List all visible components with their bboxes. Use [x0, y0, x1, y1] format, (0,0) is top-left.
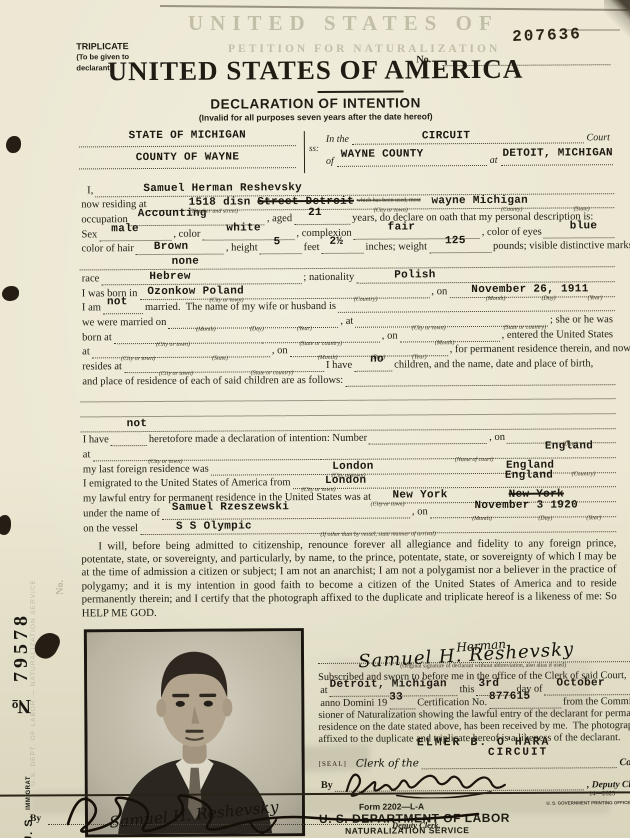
dotted-fill: 33 — [389, 695, 415, 709]
sublabel: (City or town) — [121, 356, 155, 362]
sublabel: (City or town) — [159, 371, 193, 377]
in-the-label: In the — [323, 134, 352, 145]
printed-text: ; nationality — [301, 272, 356, 284]
document-number: 207636 — [512, 25, 582, 46]
dotted-fill: blue — [544, 224, 615, 238]
ink-blot — [2, 286, 19, 301]
sublabel: (Month) — [486, 295, 506, 301]
form-line: we were married on (Month) (Day) (Year) … — [80, 311, 615, 329]
anno-domini-line: anno Domini 19 33 Certification No. 8776… — [318, 695, 630, 710]
field-height-ft: 5 — [274, 237, 281, 249]
sublabel: (Name of court) — [455, 457, 493, 463]
sublabel: (Month) — [435, 340, 455, 346]
field-nationality: Polish — [394, 269, 435, 281]
dotted-fill: WAYNE COUNTY — [337, 152, 487, 167]
ss-label: ss: — [309, 143, 319, 153]
sublabel: (City or town) — [332, 472, 366, 478]
printed-text: on the vessel — [81, 523, 140, 535]
dotted-fill: CIRCUIT — [352, 129, 584, 144]
field-eyes: blue — [570, 220, 598, 232]
printed-text: , complexion — [294, 228, 353, 240]
dotted-fill: DETOIT, MICHIGAN — [501, 151, 614, 166]
bottom-signature-row: By Deputy Clerk. — [30, 800, 610, 838]
venue-block: STATE OF MICHIGAN COUNTY OF WAYNE ss: In… — [79, 127, 613, 174]
dotted-fill: Hebrew — [101, 270, 301, 285]
ghost-title-text: UNITED STATES OF — [188, 11, 499, 36]
printed-text: , on — [487, 432, 507, 444]
sublabel: (City or town) — [148, 459, 182, 465]
court-county: WAYNE COUNTY — [341, 148, 424, 161]
sublabel: (City or town) — [302, 487, 336, 493]
sublabel: (State or country) — [299, 340, 342, 346]
ink-blot — [0, 515, 11, 535]
page-title: UNITED STATES OF AMERICA — [0, 53, 630, 88]
field-entry-port: New York — [392, 489, 447, 501]
printed-text: , on — [410, 506, 430, 518]
sublabel: (City or town) — [374, 208, 408, 214]
field-sex: male — [111, 223, 139, 235]
ghost-no-mark: No. — [55, 580, 66, 595]
printed-text: , for permanent residence therein, and n… — [448, 343, 630, 356]
printed-text: , color of eyes — [480, 226, 544, 238]
sublabel: (State or country) — [504, 324, 547, 330]
court-name: CIRCUIT — [422, 130, 470, 142]
printed-text: race — [80, 273, 102, 285]
sublabel: (Day) — [371, 355, 385, 361]
sublabel: (Month) — [318, 355, 338, 361]
field-sworn-day: 3rd — [478, 678, 499, 690]
form-content: TRIPLICATE (To be given to declarant) No… — [0, 0, 630, 2]
printed-text: I have — [324, 360, 354, 372]
triplicate-label: TRIPLICATE — [76, 41, 128, 51]
dotted-fill: (City or town) — [92, 446, 320, 461]
of-label: of — [323, 156, 337, 167]
printed-text: at — [81, 449, 93, 461]
sublabel: (If other than by vessel, state manner o… — [320, 531, 436, 538]
field-hair: Brown — [154, 241, 189, 253]
dotted-fill: (Month) (Day) (Year) — [168, 314, 338, 329]
printed-text: I, — [79, 185, 95, 197]
printed-text: my last foreign residence was — [81, 463, 211, 476]
printed-text: Certification No. — [415, 696, 489, 708]
field-prior-declaration: not — [127, 418, 148, 430]
printed-text: I have — [81, 435, 111, 447]
sublabel: (City or town) — [209, 297, 243, 303]
printed-text: , on — [380, 330, 400, 342]
printed-text: Sex — [79, 229, 99, 241]
field-address-county-state: wayne Michigan — [431, 195, 528, 208]
dotted-fill: 21 — [294, 211, 350, 225]
faint-margin-stamp: U.S. DEPT. OF LABOR — NATURALIZATION SER… — [30, 566, 37, 786]
field-vessel: S S Olympic — [176, 520, 252, 532]
dotted-fill: (State or country) — [262, 328, 380, 343]
field-entry-date: November 3 1920 — [474, 499, 578, 512]
field-height-in: 2½ — [329, 236, 343, 248]
sublabel: (County) — [501, 207, 522, 213]
court-label: Court — [583, 132, 612, 143]
dotted-fill: 5 — [260, 241, 302, 255]
dotted-fill: (Date) — [507, 430, 616, 445]
court-place: DETOIT, MICHIGAN — [502, 147, 612, 160]
sublabel: (City or town) — [156, 341, 190, 347]
struck-note: which has been used, most — [357, 198, 421, 204]
dotted-fill — [369, 430, 487, 445]
printed-text: born at — [80, 332, 114, 344]
dotted-fill: (City or town) (State or country) — [355, 312, 548, 327]
printed-text: , aged — [265, 213, 294, 225]
field-clerk-court: CIRCUIT — [488, 747, 548, 759]
at-label: at — [487, 155, 501, 166]
printed-text: , color — [171, 228, 202, 240]
printed-text: , at — [338, 316, 355, 328]
sublabel: (City or town) — [412, 325, 446, 331]
field-sworn-place: Detroit, Michigan — [330, 678, 447, 691]
sublabel: (Year) — [297, 326, 312, 332]
field-complexion: fair — [388, 221, 416, 233]
sublabel: (City or town) — [371, 502, 405, 508]
sublabel: (State) — [574, 207, 590, 213]
oath-paragraph: I will, before being admitted to citizen… — [81, 537, 616, 621]
county-of-wayne: COUNTY OF WAYNE — [136, 151, 240, 164]
printed-text: , height — [224, 243, 260, 255]
printed-text: , on — [270, 345, 290, 357]
sublabel: (Day) — [250, 326, 264, 332]
sublabel: (Month) — [472, 516, 492, 522]
field-declarant-name: Samuel Herman Reshevsky — [143, 182, 302, 195]
sublabel: (Country) — [572, 471, 596, 477]
printed-text: under the name of — [81, 508, 162, 520]
sublabel: (Year) — [412, 355, 427, 361]
printed-text: inches; weight — [364, 242, 430, 254]
corner-fold-mark — [604, 0, 630, 46]
state-of-michigan: STATE OF MICHIGAN — [129, 129, 246, 142]
printed-text: ; she or he was — [548, 314, 615, 326]
dotted-fill: 125 — [429, 239, 491, 253]
sublabel: (Month) — [196, 326, 216, 332]
field-age: 21 — [308, 207, 322, 219]
printed-text: I am — [80, 302, 103, 314]
document-page: UNITED STATES OF PETITION FOR NATURALIZA… — [0, 0, 630, 838]
clerk-name: ELMER B. O'HARA — [319, 735, 630, 750]
field-weight: 125 — [445, 236, 466, 248]
printed-text: , on — [429, 286, 449, 298]
sublabel: (State) — [212, 356, 228, 362]
sublabel: (Year) — [586, 515, 601, 521]
field-marks: none — [172, 256, 200, 268]
title-divider — [318, 90, 404, 93]
dotted-fill: male — [99, 227, 171, 241]
dotted-fill: November 26, 1911 (Month) (Day) (Year) — [449, 283, 615, 298]
field-sworn-month: October — [557, 677, 605, 689]
dotted-fill — [111, 432, 147, 446]
printed-text: at — [80, 347, 92, 359]
printed-text: Court. — [616, 757, 630, 768]
field-race: Hebrew — [149, 271, 190, 283]
sublabel: (Country) — [354, 296, 378, 302]
dotted-fill: Brown — [136, 241, 224, 256]
venue-divider: ss: — [304, 131, 305, 173]
bottom-flourish-signature — [54, 786, 484, 838]
sublabel: (Day) — [538, 515, 552, 521]
dotted-fill: 2½ — [321, 240, 363, 254]
sublabel: (Date) — [562, 442, 578, 448]
field-marital: not — [107, 296, 128, 308]
form-body: I, Samuel Herman Reshevsky now residing … — [79, 179, 618, 838]
dotted-fill: 877615 — [489, 694, 561, 708]
venue-left: STATE OF MICHIGAN COUNTY OF WAYNE — [79, 129, 296, 174]
printed-text: , Deputy Clerk. — [584, 780, 630, 790]
field-year: 33 — [389, 691, 403, 703]
sublabel: (Year) — [588, 295, 603, 301]
sublabel: (Number and street) — [190, 209, 238, 215]
ink-blot — [6, 136, 21, 153]
form-line: on the vessel S S Olympic (If other than… — [81, 517, 616, 535]
field-cert-no: 877615 — [489, 690, 530, 702]
field-birthdate: November 26, 1911 — [471, 283, 588, 296]
venue-right: In the CIRCUIT Court of WAYNE COUNTY at … — [309, 127, 613, 173]
printed-text: from the Commis- — [561, 696, 630, 708]
printed-text: we were married on — [80, 317, 168, 330]
printed-text: at — [318, 685, 330, 697]
sublabel: (State or country) — [251, 370, 294, 376]
bottom-by-label: By — [30, 814, 41, 824]
field-entry-name: Samuel Rzeszewski — [172, 501, 289, 514]
printed-text: feet — [302, 242, 322, 254]
field-emigrated-from-country: England — [505, 470, 553, 482]
field-birthplace: Ozonkow Poland — [147, 285, 244, 298]
printed-text: color of hair — [79, 244, 135, 256]
field-address-struck: Street Detroit — [257, 196, 354, 209]
field-last-residence-city: London — [332, 460, 373, 472]
printed-text: this — [458, 684, 477, 696]
printed-text: anno Domini 19 — [318, 697, 389, 709]
printed-text: resides at — [80, 361, 124, 373]
dotted-fill: not — [103, 300, 143, 314]
dotted-fill: November 3 1920 (Month) (Day) (Year) — [430, 503, 616, 518]
sublabel: (Day) — [542, 295, 556, 301]
field-color: white — [226, 222, 261, 234]
dotted-fill: (City or town) — [114, 329, 262, 344]
printed-text: pounds; visible distinctive marks — [491, 240, 630, 253]
dotted-fill: white — [202, 226, 294, 241]
